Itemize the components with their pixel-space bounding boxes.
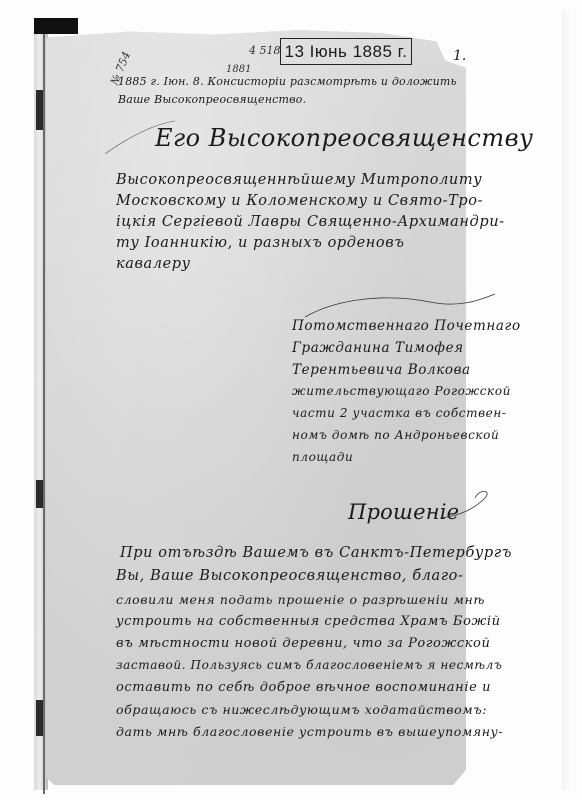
body-line: словили меня подать прошеніе о разрѣшені… xyxy=(116,592,485,607)
petition-heading: Прошеніе xyxy=(348,500,459,524)
binding-thread-line xyxy=(43,34,45,794)
page-number: 1. xyxy=(453,48,466,64)
body-line: дать мнѣ благословеніе устроить въ вышеу… xyxy=(116,724,503,739)
sender-line: номъ домѣ по Андроньевской xyxy=(292,428,499,442)
sender-line: Гражданина Тимофея xyxy=(292,340,464,356)
sender-line: Потомственнаго Почетнаго xyxy=(292,318,521,334)
date-stamp: 13 Іюнь 1885 г. xyxy=(280,38,412,65)
adjacent-page-edge xyxy=(562,10,570,790)
superscript-number: 1881 xyxy=(226,64,251,75)
resolution-line: Ваше Высокопреосвященство. xyxy=(118,93,306,106)
addressee-line: кавалеру xyxy=(116,256,191,272)
addressee-line: іцкія Сергіевой Лавры Священно-Архимандр… xyxy=(116,214,505,230)
resolution-line: 1885 г. Іюн. 8. Консисторіи разсмотрѣть … xyxy=(118,75,457,88)
body-line: Вы, Ваше Высокопреосвященство, благо- xyxy=(116,568,464,584)
date-stamp-text: 13 Іюнь 1885 г. xyxy=(285,42,408,62)
addressee-line: ту Іоанникію, и разныхъ орденовъ xyxy=(116,235,405,251)
scanned-document-page: 4 518 13 Іюнь 1885 г. 1. № 754 1881 1885… xyxy=(0,0,582,800)
binding-strip xyxy=(34,30,48,790)
sender-line: жительствующаго Рогожской xyxy=(292,384,511,398)
binding-corner-tab xyxy=(34,18,78,34)
sender-line: площади xyxy=(292,450,353,464)
body-line: При отъѣздѣ Вашемъ въ Санктъ-Петербургъ xyxy=(120,545,512,561)
addressee-line: Высокопреосвященнѣйшему Митрополиту xyxy=(116,172,482,188)
body-line: устроить на собственныя средства Храмъ Б… xyxy=(116,614,501,629)
incoming-number: 4 518 xyxy=(249,44,281,57)
sender-line: части 2 участка въ собствен- xyxy=(292,406,507,420)
sender-line: Терентьевича Волкова xyxy=(292,362,471,378)
body-line: заставой. Пользуясь симъ благословеніемъ… xyxy=(116,658,502,672)
address-title: Его Высокопреосвященству xyxy=(155,124,533,152)
binding-mark xyxy=(36,700,43,736)
addressee-line: Московскому и Коломенскому и Свято-Тро- xyxy=(116,193,483,209)
body-line: оставить по себѣ доброе вѣчное воспомина… xyxy=(116,680,491,695)
binding-mark xyxy=(36,480,43,508)
body-line: обращаюсь съ нижеслѣдующимъ ходатайством… xyxy=(116,702,487,717)
binding-mark xyxy=(36,90,43,130)
body-line: въ мѣстности новой деревни, что за Рогож… xyxy=(116,636,490,651)
